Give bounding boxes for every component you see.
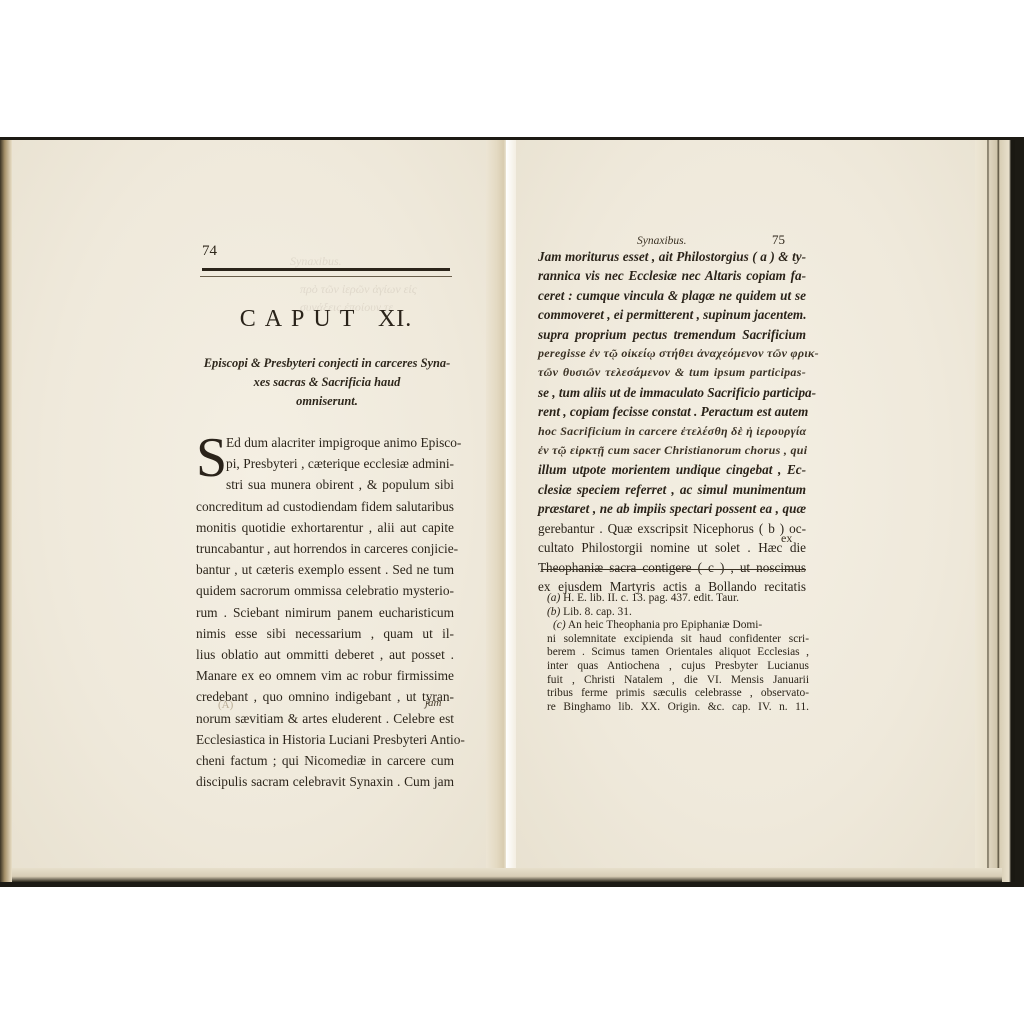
text-line: cultato Philostorgii nomine ut solet . H… (538, 538, 806, 557)
text-line: præstaret , ne ab impiis spectari possen… (538, 499, 806, 518)
left-page-edge (0, 140, 12, 882)
text-line: ceret : cumque vincula & plagæ ne quidem… (538, 286, 806, 305)
footnote-text-line: re Binghamo lib. XX. Origin. &c. cap. IV… (547, 701, 809, 715)
text-line: bantur , ut cæteris exemplo essent . Sed… (196, 559, 454, 580)
text-line: Manare ex eo omnem vim ac robur firmissi… (196, 665, 454, 686)
footnote-rule (541, 569, 806, 570)
footnote-text-line: fuit , Christi Natalem , die VI. Mensis … (547, 674, 809, 688)
footnote-text-line: ni solemnitate excipienda sit haud confi… (547, 633, 809, 647)
text-line: norum sævitiam & artes eluderent . Celeb… (196, 708, 454, 729)
header-rule (202, 268, 450, 271)
left-body-text: Ed dum alacriter impigroque animo Episco… (196, 432, 454, 792)
page-number-left: 74 (202, 243, 217, 260)
text-line: illum utpote morientem undique cingebat … (538, 460, 806, 479)
text-line: rent , copiam fecisse constat . Peractum… (538, 402, 806, 421)
text-line-greek: τῶν θυσιῶν τελεσάμενον & tum ipsum parti… (538, 363, 806, 382)
chapter-heading: CAPUT XI. (202, 306, 450, 333)
text-line: credebant , quo omnino indigebant , ut t… (196, 686, 454, 707)
gutter-shadow (486, 140, 508, 882)
text-line: stri sua munera obirent , & populum sibi (196, 474, 454, 495)
text-line: gerebantur . Quæ exscripsit Nicephorus (… (538, 519, 806, 538)
footnote-label: (a) (547, 592, 560, 604)
text-line: monitis quotidie exhortarentur , alii au… (196, 517, 454, 538)
footnote-text: H. E. lib. II. c. 13. pag. 437. edit. Ta… (563, 592, 739, 604)
subtitle-line: Episcopi & Presbyteri conjecti in carcer… (196, 354, 458, 373)
text-line: nimis esse sibi necessarium , quam ut il… (196, 623, 454, 644)
footnote-a: (a) H. E. lib. II. c. 13. pag. 437. edit… (547, 592, 809, 606)
text-line: Theophaniæ sacra contigere ( c ) , ut no… (538, 558, 806, 577)
text-line: pi, Presbyteri , cæterique ecclesiæ admi… (196, 453, 454, 474)
text-line-greek: ἐν τῷ εἱρκτῇ cum sacer Christianorum cho… (538, 441, 806, 460)
text-line: concreditum ad custodiendam fidem saluta… (196, 496, 454, 517)
text-line: cheni factum ; qui Nicomediæ in carcere … (196, 750, 454, 771)
subtitle-line: omniserunt. (196, 392, 458, 411)
footnote-text-line: inter quas Antiochena , cujus Presbyter … (547, 660, 809, 674)
text-line: lius oblatio aut ommitti deberet , aut p… (196, 644, 454, 665)
text-line: commoveret , ei permitterent , supinum j… (538, 305, 806, 324)
running-head: Synaxibus. (637, 235, 687, 247)
text-line-greek: peregisse ἐν τῷ οἰκείῳ στήθει ἀναχεόμενο… (538, 344, 806, 363)
text-line: supra proprium pectus tremendum Sacrific… (538, 325, 806, 344)
catchword-right: ex (781, 531, 792, 546)
footnotes: (a) H. E. lib. II. c. 13. pag. 437. edit… (547, 592, 809, 714)
chapter-subtitle: Episcopi & Presbyteri conjecti in carcer… (196, 354, 458, 411)
catchword-left: jam (425, 697, 442, 709)
footnote-text: An heic Theophania pro Epiphaniæ Domi- (568, 619, 762, 631)
footnote-c: (c) An heic Theophania pro Epiphaniæ Dom… (547, 619, 809, 633)
text-line: Ecclesiastica in Historia Luciani Presby… (196, 729, 454, 750)
signature-mark: (A) (218, 699, 233, 711)
text-line: rum . Sciebant nimirum panem eucharistic… (196, 602, 454, 623)
right-body-text: Jam moriturus esset , ait Philostorgius … (538, 247, 806, 596)
bottom-page-edge (12, 868, 1002, 882)
chapter-number: XI. (378, 306, 412, 332)
text-line: Jam moriturus esset , ait Philostorgius … (538, 247, 806, 266)
footnote-b: (b) Lib. 8. cap. 31. (547, 606, 809, 620)
text-line: clesiæ speciem referret , ac simul munim… (538, 480, 806, 499)
footnote-text-line: tribus ferme primis sæculis celebrasse ,… (547, 687, 809, 701)
text-line: se , tum aliis ut de immaculato Sacrific… (538, 383, 806, 402)
page-number-right: 75 (772, 232, 785, 248)
footnote-label: (c) (553, 619, 566, 631)
subtitle-line: xes sacras & Sacrificia haud (196, 373, 458, 392)
text-line-greek: hoc Sacrificium in carcere ἐτελέσθη δὲ ἡ… (538, 422, 806, 441)
text-line: quidem sacrorum ommissa celebratio myste… (196, 580, 454, 601)
fore-edge-pages (975, 140, 1015, 882)
footnote-text: Lib. 8. cap. 31. (563, 606, 632, 618)
text-line: rannica vis nec Ecclesiæ nec Altaris cop… (538, 266, 806, 285)
footnote-label: (b) (547, 606, 560, 618)
text-line: discipulis sacram celebravit Synaxin . C… (196, 771, 454, 792)
chapter-label: CAPUT (240, 306, 363, 332)
footnote-text-line: berem . Scimus tamen Orientales aliquot … (547, 646, 809, 660)
text-line: Ed dum alacriter impigroque animo Episco… (196, 432, 454, 453)
text-line: truncabantur , aut horrendos in carceres… (196, 538, 454, 559)
gutter-highlight (506, 140, 516, 882)
header-rule-thin (200, 276, 452, 277)
